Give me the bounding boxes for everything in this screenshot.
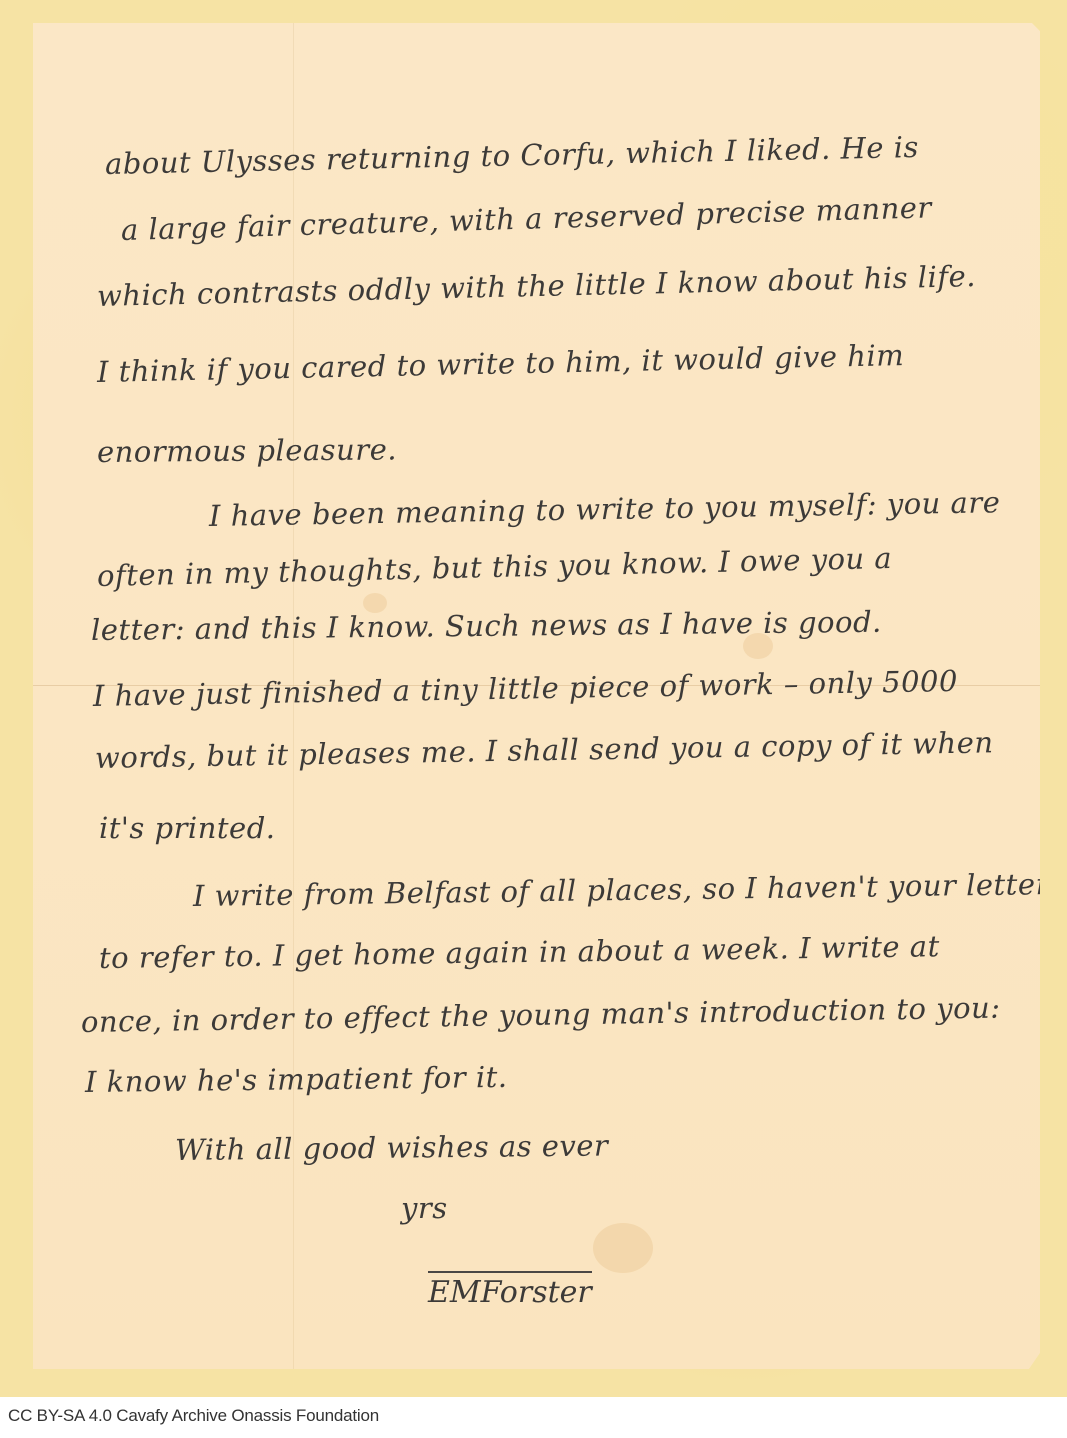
letter-line: I have just finished a tiny little piece… (93, 664, 958, 713)
letter-line: I know he's impatient for it. (85, 1060, 508, 1099)
letter-page: about Ulysses returning to Corfu, which … (33, 23, 1040, 1369)
letter-body: about Ulysses returning to Corfu, which … (33, 23, 1040, 1369)
signature: EMForster (428, 1271, 592, 1310)
letter-closing: With all good wishes as ever (175, 1128, 609, 1167)
letter-line: to refer to. I get home again in about a… (99, 929, 940, 975)
letter-line: once, in order to effect the young man's… (81, 991, 1001, 1039)
license-credit: CC BY-SA 4.0 Cavafy Archive Onassis Foun… (8, 1406, 379, 1426)
letter-closing-yours: yrs (401, 1191, 448, 1225)
letter-line: a large fair creature, with a reserved p… (121, 190, 933, 247)
letter-line: about Ulysses returning to Corfu, which … (105, 130, 920, 181)
letter-line: letter: and this I know. Such news as I … (91, 605, 882, 647)
letter-line: I have been meaning to write to you myse… (209, 485, 1001, 533)
credit-footer: CC BY-SA 4.0 Cavafy Archive Onassis Foun… (0, 1397, 1067, 1438)
letter-line: I think if you cared to write to him, it… (97, 338, 905, 389)
letter-line: which contrasts oddly with the little I … (97, 259, 977, 313)
letter-line: enormous pleasure. (97, 432, 397, 469)
letter-line: I write from Belfast of all places, so I… (193, 867, 1050, 913)
letter-line: it's printed. (99, 811, 275, 845)
letter-line: words, but it pleases me. I shall send y… (95, 725, 994, 775)
letter-line: often in my thoughts, but this you know.… (97, 541, 893, 593)
